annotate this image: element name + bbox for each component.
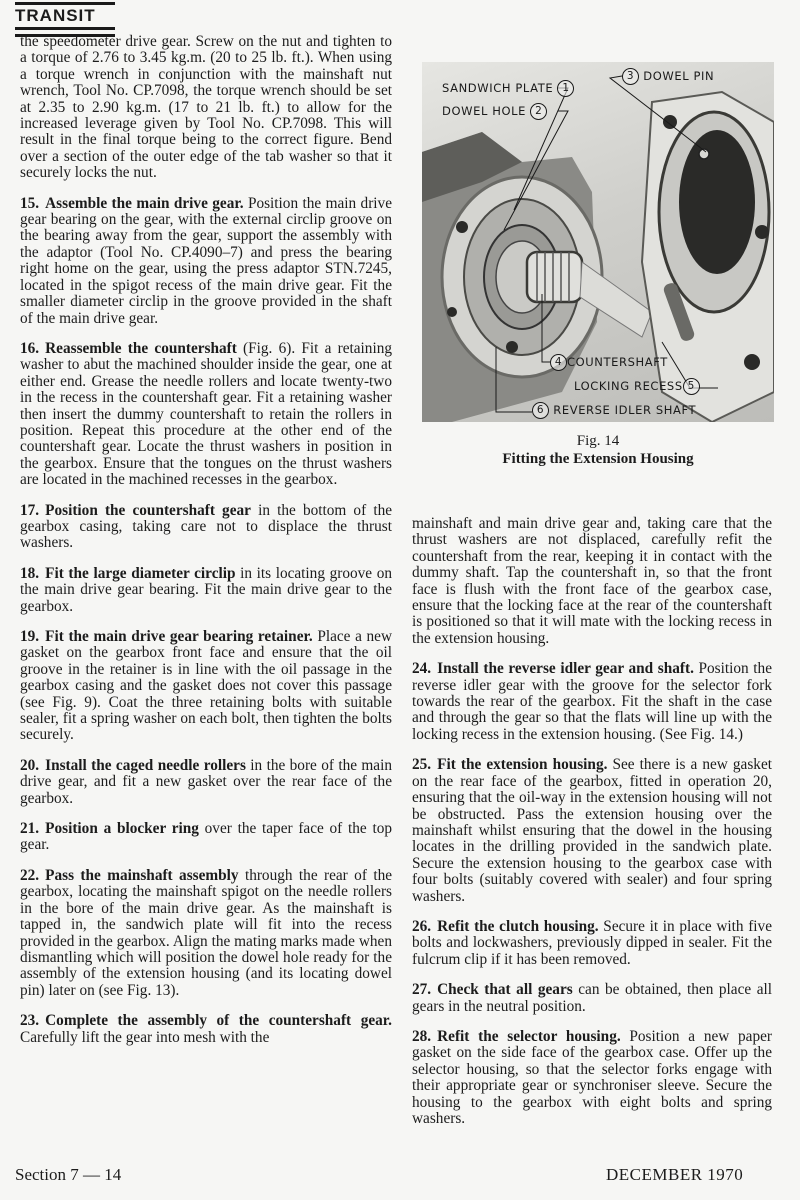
callout-dowel-hole: DOWEL HOLE 2: [442, 103, 547, 120]
footer-date: DECEMBER 1970: [606, 1165, 743, 1185]
step-24: 24.Install the reverse idler gear and sh…: [412, 661, 772, 743]
step-heading: Fit the main drive gear bearing retainer…: [45, 628, 313, 645]
callout-number: 5: [683, 378, 700, 395]
callout-number: 2: [530, 103, 547, 120]
step-18: 18.Fit the large diameter circlip in its…: [20, 566, 392, 615]
step-heading: Refit the clutch housing.: [437, 918, 599, 935]
callout-number: 6: [532, 402, 549, 419]
step-heading: Install the caged needle rollers: [45, 757, 246, 774]
step-heading: Complete the assembly of the countershaf…: [45, 1012, 392, 1029]
callout-reverse-idler-shaft: 6 REVERSE IDLER SHAFT: [532, 402, 696, 419]
callout-number: 4: [550, 354, 567, 371]
callout-countershaft: 4COUNTERSHAFT: [550, 354, 668, 371]
step-heading: Install the reverse idler gear and shaft…: [437, 660, 694, 677]
step-27: 27.Check that all gears can be obtained,…: [412, 982, 772, 1015]
left-column: the speedometer drive gear. Screw on the…: [20, 34, 392, 1060]
step-heading: Refit the selector housing.: [437, 1028, 621, 1045]
header-rule: [15, 2, 115, 5]
step-heading: Reassemble the countershaft: [45, 340, 237, 357]
step-20: 20.Install the caged needle rollers in t…: [20, 758, 392, 807]
step-19: 19.Fit the main drive gear bearing retai…: [20, 629, 392, 744]
step-heading: Check that all gears: [437, 981, 573, 998]
step-16: 16.Reassemble the countershaft (Fig. 6).…: [20, 341, 392, 489]
step-26: 26.Refit the clutch housing. Secure it i…: [412, 919, 772, 968]
gearbox-photo: SANDWICH PLATE 1 DOWEL HOLE 2 3 DOWEL PI…: [422, 62, 774, 422]
step-heading: Position the countershaft gear: [45, 502, 251, 519]
callout-dowel-pin: 3 DOWEL PIN: [622, 68, 714, 85]
figure-title: Fitting the Extension Housing: [422, 450, 774, 468]
step-15: 15.Assemble the main drive gear. Positio…: [20, 196, 392, 327]
intro-paragraph: the speedometer drive gear. Screw on the…: [20, 34, 392, 182]
figure-caption: Fig. 14 Fitting the Extension Housing: [422, 432, 774, 468]
step-28: 28.Refit the selector housing. Position …: [412, 1029, 772, 1127]
figure-number: Fig. 14: [422, 432, 774, 450]
step-21: 21.Position a blocker ring over the tape…: [20, 821, 392, 854]
figure-14: SANDWICH PLATE 1 DOWEL HOLE 2 3 DOWEL PI…: [422, 62, 774, 422]
footer-section: Section 7 — 14: [15, 1165, 121, 1185]
step-heading: Fit the extension housing.: [437, 756, 607, 773]
header-rule: [15, 27, 115, 30]
callout-sandwich-plate: SANDWICH PLATE 1: [442, 80, 574, 97]
continuation-paragraph: mainshaft and main drive gear and, takin…: [412, 516, 772, 647]
step-17: 17.Position the countershaft gear in the…: [20, 503, 392, 552]
step-23: 23.Complete the assembly of the counters…: [20, 1013, 392, 1046]
step-heading: Pass the mainshaft assembly: [45, 867, 238, 884]
header-title: TRANSIT: [15, 7, 115, 25]
callout-locking-recess: LOCKING RECESS5: [574, 378, 700, 395]
callout-number: 1: [557, 80, 574, 97]
step-25: 25.Fit the extension housing. See there …: [412, 757, 772, 905]
step-heading: Fit the large diameter circlip: [45, 565, 235, 582]
right-column: mainshaft and main drive gear and, takin…: [412, 516, 772, 1141]
step-heading: Assemble the main drive gear.: [45, 195, 243, 212]
step-heading: Position a blocker ring: [45, 820, 199, 837]
page-header: TRANSIT: [15, 2, 115, 37]
callout-number: 3: [622, 68, 639, 85]
step-22: 22.Pass the mainshaft assembly through t…: [20, 868, 392, 999]
